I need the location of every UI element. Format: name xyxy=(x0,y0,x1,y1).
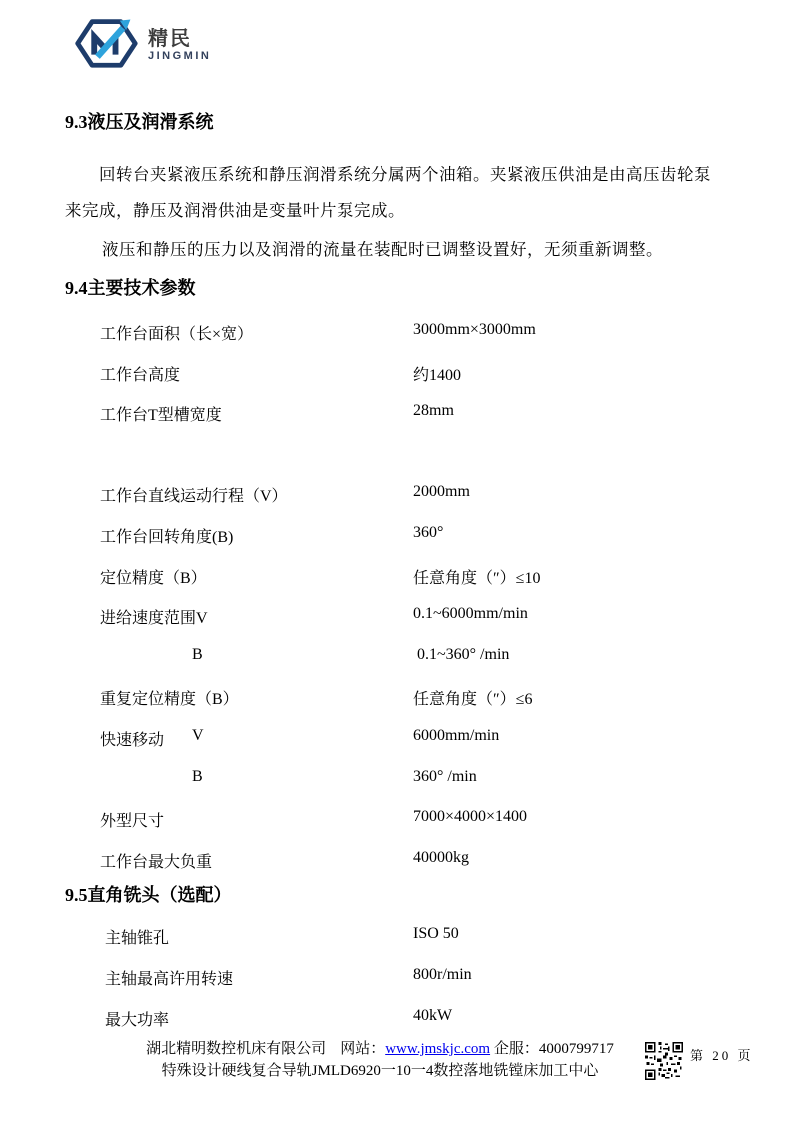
spec-value: 任意角度（″）≤6 xyxy=(413,686,532,709)
spec-label: 工作台最大负重 xyxy=(100,854,212,871)
spec-value: 3000mm×3000mm xyxy=(413,321,536,339)
section-9-5-heading: 9.5直角铣头（选配） xyxy=(65,883,232,907)
spec-value: 360° /min xyxy=(413,768,477,786)
spec-row: 工作台高度约1400 xyxy=(65,359,755,400)
spec-row: 工作台直线运动行程（V）2000mm xyxy=(65,480,755,521)
spec-value: 28mm xyxy=(413,402,454,420)
spec-row: 定位精度（B）任意角度（″）≤10 xyxy=(65,562,755,603)
company-logo: 精民 JINGMIN xyxy=(74,16,211,72)
spec-row: 进给速度范围V0.1~6000mm/min xyxy=(65,602,755,643)
spec-row: B360° /min xyxy=(65,765,755,806)
spec-value: 2000mm xyxy=(413,483,470,501)
brand-name-en: JINGMIN xyxy=(148,49,211,63)
spec-row: 工作台T型槽宽度28mm xyxy=(65,399,755,440)
spec-value: 6000mm/min xyxy=(413,727,499,745)
section-9-4-heading: 9.4主要技术参数 xyxy=(65,276,196,300)
spec-label: 最大功率 xyxy=(105,1012,169,1029)
spec-axis-label: B xyxy=(192,646,203,664)
spec-row: 重复定位精度（B）任意角度（″）≤6 xyxy=(65,683,755,724)
spec-axis-label: V xyxy=(192,727,204,745)
section-9-3-paragraph2: 液压和静压的压力以及润滑的流量在装配时已调整设置好，无须重新调整。 xyxy=(102,239,663,261)
section-9-3-paragraph1-line1: 回转台夹紧液压系统和静压润滑系统分属两个油箱。夹紧液压供油是由高压齿轮泵 xyxy=(99,164,711,186)
spec-value: 0.1~360° /min xyxy=(413,646,509,664)
section-9-3-paragraph1-line2: 来完成，静压及润滑供油是变量叶片泵完成。 xyxy=(65,200,405,222)
spec-label: 进给速度范围V xyxy=(100,610,208,627)
spec-row: 工作台回转角度(B)360° xyxy=(65,521,755,562)
website-link[interactable]: www.jmskjc.com xyxy=(385,1041,490,1057)
page-number: 第 20 页 xyxy=(690,1045,754,1064)
spec-row: B 0.1~360° /min xyxy=(65,643,755,684)
spec-value: 40000kg xyxy=(413,849,469,867)
brand-name-cn: 精民 xyxy=(148,29,211,49)
spec-axis-label: B xyxy=(192,768,203,786)
qr-code xyxy=(645,1042,683,1080)
section-9-3-heading: 9.3液压及润滑系统 xyxy=(65,110,214,134)
company-name: 湖北精明数控机床有限公司 xyxy=(146,1041,326,1057)
logo-hexagon-icon xyxy=(74,16,140,72)
spec-value: 7000×4000×1400 xyxy=(413,808,527,826)
service-label: 企服： xyxy=(494,1041,539,1057)
spec-row: 工作台最大负重40000kg xyxy=(65,846,755,887)
spec-label: 定位精度（B） xyxy=(100,570,207,587)
spec-label: 工作台回转角度(B) xyxy=(100,529,233,546)
spec-label: 工作台T型槽宽度 xyxy=(100,407,222,424)
spec-row: 工作台面积（长×宽）3000mm×3000mm xyxy=(65,318,755,359)
spec-value: ISO 50 xyxy=(413,925,459,943)
spec-label: 主轴最高许用转速 xyxy=(105,971,233,988)
spec-row: 快速移动V6000mm/min xyxy=(65,724,755,765)
spec-label: 主轴锥孔 xyxy=(105,930,169,947)
spec-label: 外型尺寸 xyxy=(100,813,164,830)
document-page: 精民 JINGMIN 9.3液压及润滑系统 回转台夹紧液压系统和静压润滑系统分属… xyxy=(0,0,800,1133)
spec-label: 工作台面积（长×宽） xyxy=(100,326,253,343)
spec-value: 任意角度（″）≤10 xyxy=(413,565,540,588)
spec-row-spacer xyxy=(65,440,755,481)
website-label: 网站： xyxy=(340,1041,385,1057)
spec-row: 主轴锥孔ISO 50 xyxy=(65,922,755,963)
service-phone: 4000799717 xyxy=(539,1041,614,1057)
spec-label: 工作台直线运动行程（V） xyxy=(100,488,288,505)
spec-label: 重复定位精度（B） xyxy=(100,691,239,708)
spec-value: 约1400 xyxy=(413,362,461,385)
spec-table-main: 工作台面积（长×宽）3000mm×3000mm 工作台高度约1400 工作台T型… xyxy=(65,318,755,886)
spec-value: 360° xyxy=(413,524,443,542)
spec-row: 外型尺寸7000×4000×1400 xyxy=(65,805,755,846)
logo-text: 精民 JINGMIN xyxy=(148,29,211,63)
spec-value: 40kW xyxy=(413,1007,452,1025)
spec-table-milling-head: 主轴锥孔ISO 50 主轴最高许用转速800r/min 最大功率40kW xyxy=(65,922,755,1045)
spec-value: 800r/min xyxy=(413,966,472,984)
spec-row: 主轴最高许用转速800r/min xyxy=(65,963,755,1004)
spec-label: 工作台高度 xyxy=(100,367,180,384)
spec-value: 0.1~6000mm/min xyxy=(413,605,528,623)
spec-label: 快速移动 xyxy=(100,732,164,749)
